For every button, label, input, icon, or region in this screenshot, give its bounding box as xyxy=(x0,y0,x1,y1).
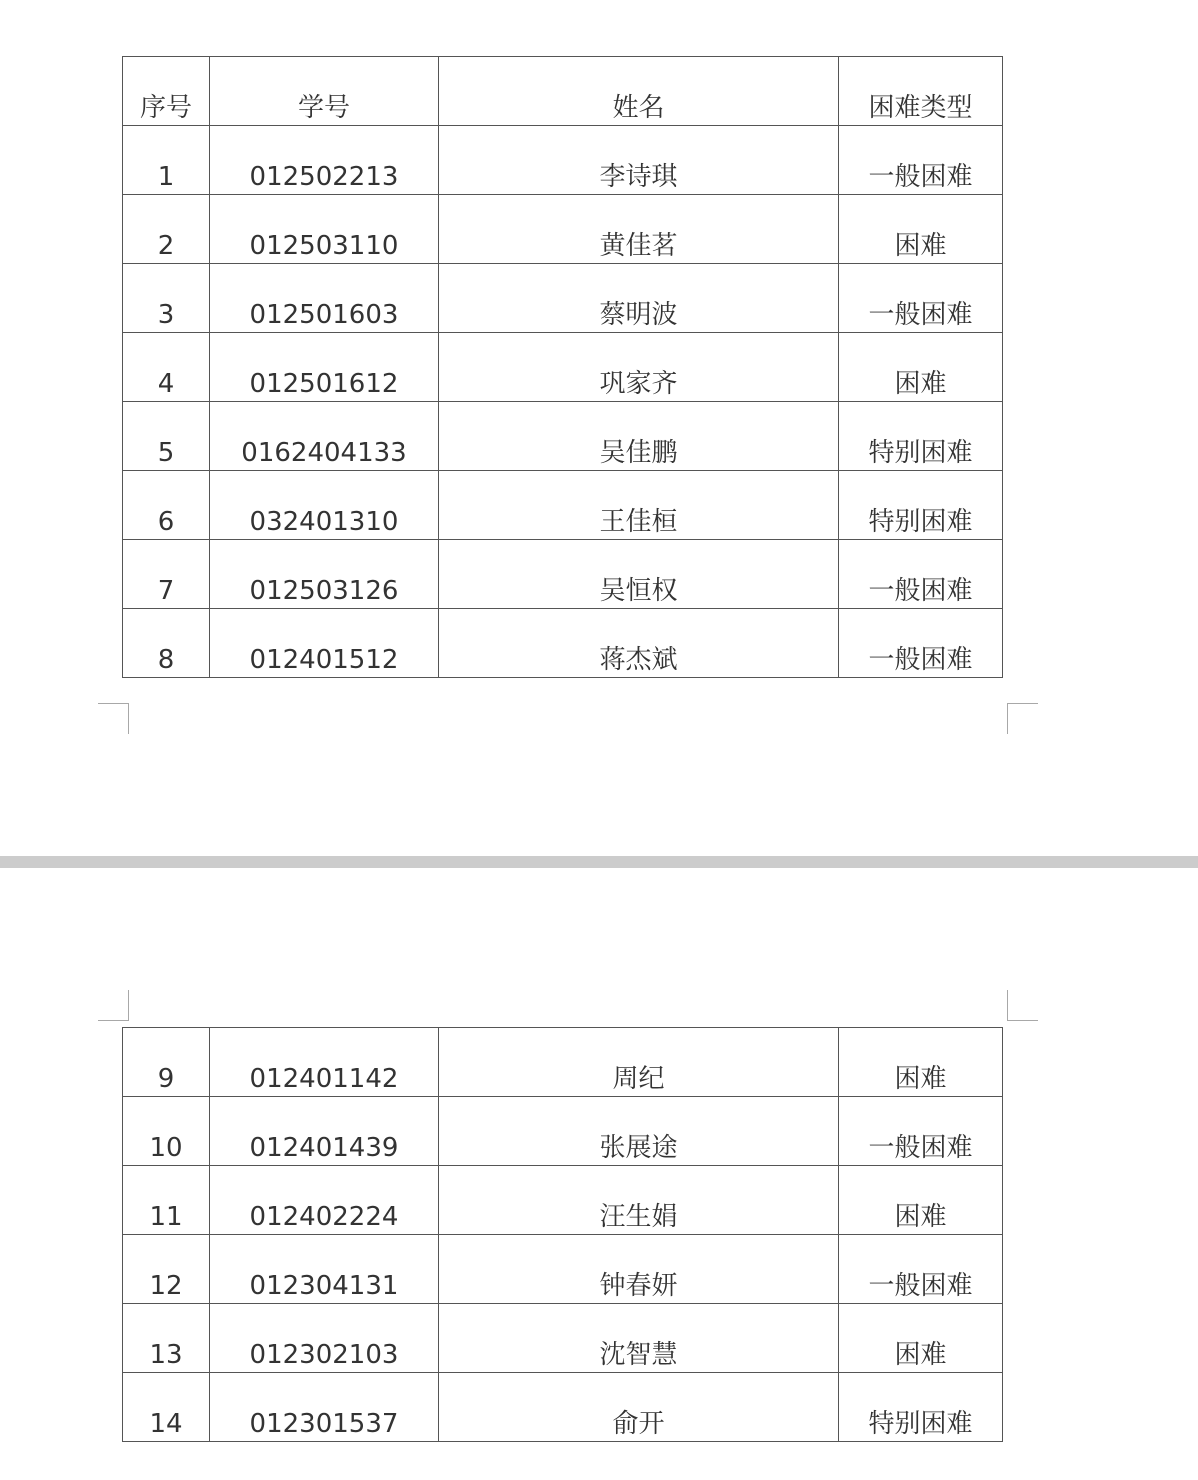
cell-name: 吴佳鹏 xyxy=(439,402,839,471)
header-student-id: 学号 xyxy=(210,57,439,126)
cell-student-id: 012501603 xyxy=(210,264,439,333)
student-difficulty-table-page1: 序号 学号 姓名 困难类型 1 012502213 李诗琪 一般困难 2 012… xyxy=(122,56,1003,678)
table-row: 12 012304131 钟春妍 一般困难 xyxy=(123,1235,1003,1304)
cell-seq: 9 xyxy=(123,1028,210,1097)
cell-name: 周纪 xyxy=(439,1028,839,1097)
cell-name: 张展途 xyxy=(439,1097,839,1166)
cell-difficulty-type: 一般困难 xyxy=(839,1097,1003,1166)
cell-seq: 5 xyxy=(123,402,210,471)
cell-difficulty-type: 困难 xyxy=(839,1028,1003,1097)
page-margin-corner-mark xyxy=(98,703,129,734)
header-seq: 序号 xyxy=(123,57,210,126)
cell-seq: 11 xyxy=(123,1166,210,1235)
cell-difficulty-type: 一般困难 xyxy=(839,609,1003,678)
cell-name: 沈智慧 xyxy=(439,1304,839,1373)
table-row: 13 012302103 沈智慧 困难 xyxy=(123,1304,1003,1373)
cell-student-id: 012401142 xyxy=(210,1028,439,1097)
table-row: 11 012402224 汪生娟 困难 xyxy=(123,1166,1003,1235)
cell-student-id: 012402224 xyxy=(210,1166,439,1235)
cell-difficulty-type: 一般困难 xyxy=(839,264,1003,333)
cell-seq: 7 xyxy=(123,540,210,609)
cell-student-id: 012501612 xyxy=(210,333,439,402)
table-row: 3 012501603 蔡明波 一般困难 xyxy=(123,264,1003,333)
table-row: 14 012301537 俞开 特别困难 xyxy=(123,1373,1003,1442)
page-margin-corner-mark xyxy=(1007,703,1038,734)
cell-difficulty-type: 困难 xyxy=(839,1166,1003,1235)
cell-student-id: 012401439 xyxy=(210,1097,439,1166)
cell-difficulty-type: 一般困难 xyxy=(839,126,1003,195)
table-row: 10 012401439 张展途 一般困难 xyxy=(123,1097,1003,1166)
cell-difficulty-type: 特别困难 xyxy=(839,471,1003,540)
cell-seq: 12 xyxy=(123,1235,210,1304)
cell-name: 李诗琪 xyxy=(439,126,839,195)
cell-seq: 14 xyxy=(123,1373,210,1442)
student-difficulty-table-page2: 9 012401142 周纪 困难 10 012401439 张展途 一般困难 … xyxy=(122,1027,1003,1442)
table-row: 7 012503126 吴恒权 一般困难 xyxy=(123,540,1003,609)
page-break-separator xyxy=(0,856,1198,868)
cell-difficulty-type: 一般困难 xyxy=(839,540,1003,609)
header-name: 姓名 xyxy=(439,57,839,126)
cell-name: 黄佳茗 xyxy=(439,195,839,264)
cell-student-id: 012503110 xyxy=(210,195,439,264)
cell-name: 王佳桓 xyxy=(439,471,839,540)
cell-name: 俞开 xyxy=(439,1373,839,1442)
cell-difficulty-type: 特别困难 xyxy=(839,402,1003,471)
cell-seq: 10 xyxy=(123,1097,210,1166)
cell-name: 吴恒权 xyxy=(439,540,839,609)
cell-student-id: 012304131 xyxy=(210,1235,439,1304)
cell-student-id: 012302103 xyxy=(210,1304,439,1373)
cell-seq: 2 xyxy=(123,195,210,264)
cell-difficulty-type: 困难 xyxy=(839,1304,1003,1373)
table-row: 8 012401512 蒋杰斌 一般困难 xyxy=(123,609,1003,678)
table-header-row: 序号 学号 姓名 困难类型 xyxy=(123,57,1003,126)
table-row: 6 032401310 王佳桓 特别困难 xyxy=(123,471,1003,540)
cell-student-id: 032401310 xyxy=(210,471,439,540)
cell-seq: 8 xyxy=(123,609,210,678)
cell-name: 巩家齐 xyxy=(439,333,839,402)
cell-difficulty-type: 困难 xyxy=(839,333,1003,402)
table-row: 2 012503110 黄佳茗 困难 xyxy=(123,195,1003,264)
cell-seq: 4 xyxy=(123,333,210,402)
header-difficulty-type: 困难类型 xyxy=(839,57,1003,126)
cell-difficulty-type: 特别困难 xyxy=(839,1373,1003,1442)
cell-name: 汪生娟 xyxy=(439,1166,839,1235)
cell-student-id: 0162404133 xyxy=(210,402,439,471)
cell-name: 钟春妍 xyxy=(439,1235,839,1304)
page-margin-corner-mark xyxy=(1007,990,1038,1021)
page-margin-corner-mark xyxy=(98,990,129,1021)
cell-difficulty-type: 一般困难 xyxy=(839,1235,1003,1304)
cell-student-id: 012503126 xyxy=(210,540,439,609)
cell-difficulty-type: 困难 xyxy=(839,195,1003,264)
cell-name: 蒋杰斌 xyxy=(439,609,839,678)
cell-name: 蔡明波 xyxy=(439,264,839,333)
table-row: 4 012501612 巩家齐 困难 xyxy=(123,333,1003,402)
cell-seq: 3 xyxy=(123,264,210,333)
table-row: 5 0162404133 吴佳鹏 特别困难 xyxy=(123,402,1003,471)
table-row: 9 012401142 周纪 困难 xyxy=(123,1028,1003,1097)
cell-student-id: 012502213 xyxy=(210,126,439,195)
cell-seq: 1 xyxy=(123,126,210,195)
table-row: 1 012502213 李诗琪 一般困难 xyxy=(123,126,1003,195)
cell-seq: 13 xyxy=(123,1304,210,1373)
cell-student-id: 012401512 xyxy=(210,609,439,678)
cell-student-id: 012301537 xyxy=(210,1373,439,1442)
cell-seq: 6 xyxy=(123,471,210,540)
